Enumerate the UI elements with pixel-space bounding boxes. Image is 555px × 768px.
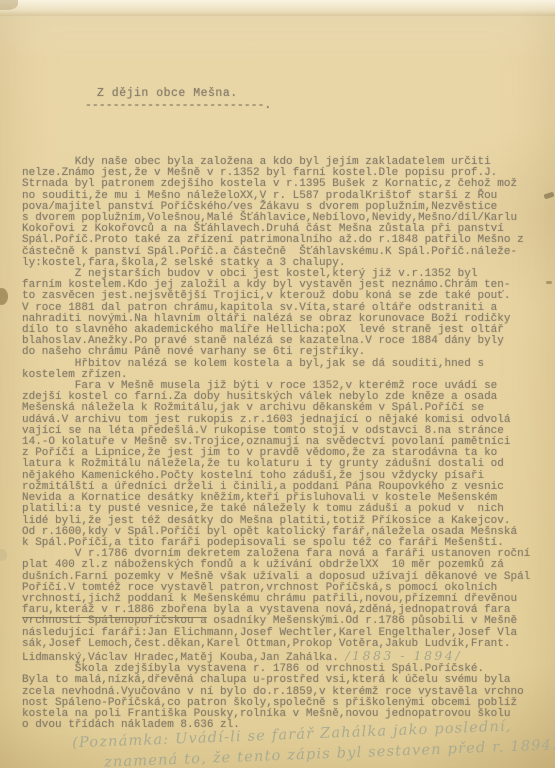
text-line: latura k Rožmitálu náležela,že tu kolatu… xyxy=(22,459,547,470)
text-line: platili:a ty pusté vesnice,že také nálež… xyxy=(22,504,547,515)
text-line: Lidmanský,Václav Hradec,Matěj Kouba,Jan … xyxy=(22,650,547,664)
text-line: Byla to malá,nízká,dřevěná chalupa u-pro… xyxy=(22,675,547,686)
text-line: Strnada byl patronem zdejšího kostela v … xyxy=(22,179,547,190)
text-line: Spál.Poříč.Proto také za zřízení patrimo… xyxy=(22,235,547,246)
text-line: to zasvěcen jest.nejsvětější Trojici,v k… xyxy=(22,291,547,302)
paper-stain xyxy=(0,549,7,561)
text-line: do našeho chrámu Páně nové varhany se 6t… xyxy=(22,347,547,358)
handwritten-inline-note: /1883 - 1894/ xyxy=(339,648,462,663)
text-line: vrchností Spálenopoříčskou a osadníky Me… xyxy=(22,616,547,627)
text-line: sák,Josef Lemoch,čest.děkan,Karel Ottman… xyxy=(22,639,547,650)
text-line: Mešenská náležela k Rožmitálu,jak v arch… xyxy=(22,403,547,414)
document-body: Kdy naše obec byla založena a kdo byl je… xyxy=(22,157,547,731)
paper-fold-crease xyxy=(0,0,555,16)
paper-stain xyxy=(0,288,8,305)
scanned-document-page: Z dějin obce Mešna. --------------------… xyxy=(0,0,555,768)
text-line: plat 400 zl.z náboženských fondů a k uží… xyxy=(22,560,547,571)
title-underline: --------------------------. xyxy=(85,99,271,112)
